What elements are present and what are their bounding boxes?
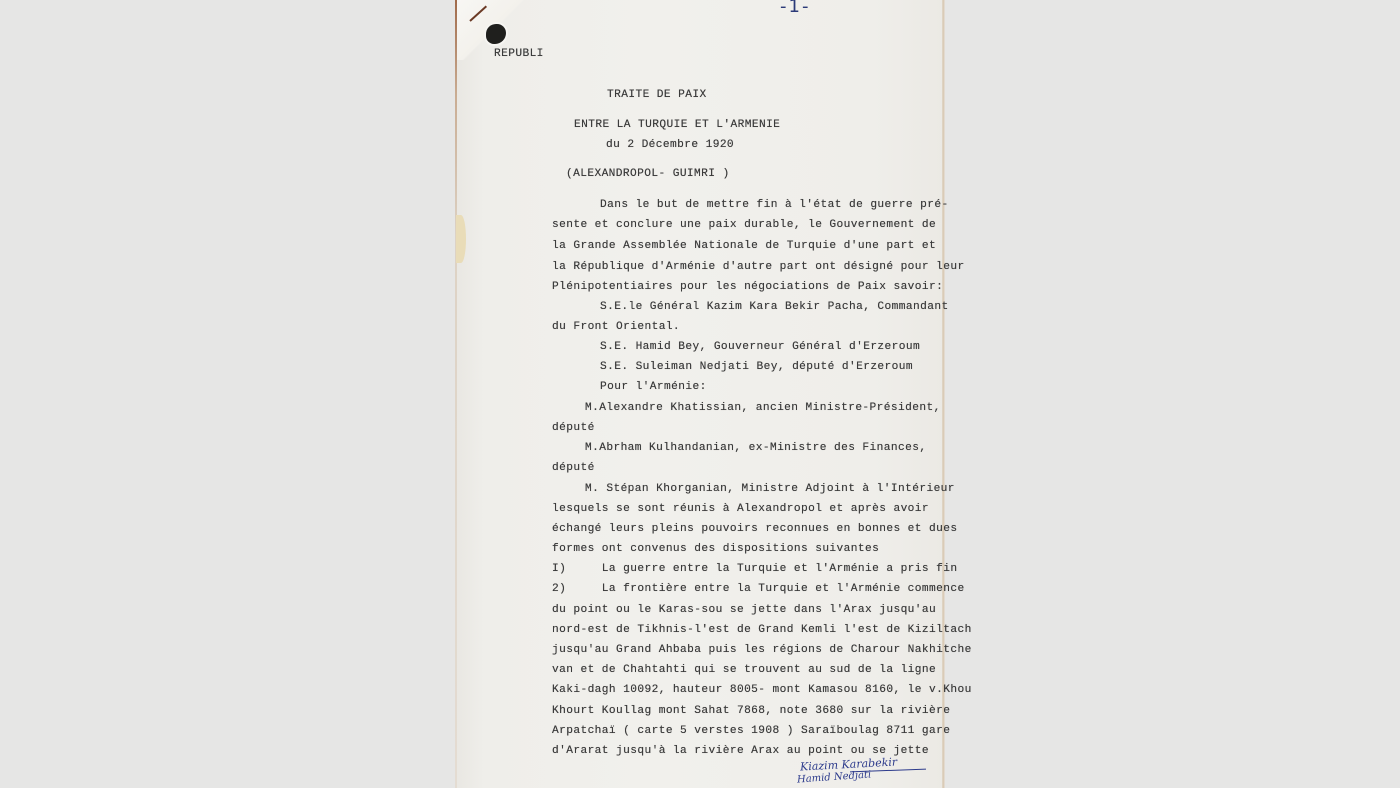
document-date: du 2 Décembre 1920 <box>606 140 734 151</box>
body-line: lesquels se sont réunis à Alexandropol e… <box>552 504 929 515</box>
body-line: d'Ararat jusqu'à la rivière Arax au poin… <box>552 746 929 757</box>
header-fragment: REPUBLI <box>494 49 544 60</box>
body-line: M. Stépan Khorganian, Ministre Adjoint à… <box>585 484 955 495</box>
body-line: S.E. Suleiman Nedjati Bey, député d'Erze… <box>600 362 913 373</box>
document-place: (ALEXANDROPOL- GUIMRI ) <box>566 169 730 180</box>
body-line: sente et conclure une paix durable, le G… <box>552 220 936 231</box>
body-line: député <box>552 463 595 474</box>
body-line: S.E.le Général Kazim Kara Bekir Pacha, C… <box>600 302 949 313</box>
body-line: M.Abrham Kulhandanian, ex-Ministre des F… <box>585 443 926 454</box>
body-line: 2) La frontière entre la Turquie et l'Ar… <box>552 584 965 595</box>
body-line: S.E. Hamid Bey, Gouverneur Général d'Erz… <box>600 342 920 353</box>
body-line: du point ou le Karas-sou se jette dans l… <box>552 605 936 616</box>
body-line: Pour l'Arménie: <box>600 382 707 393</box>
body-line: Dans le but de mettre fin à l'état de gu… <box>600 200 949 211</box>
body-line: Khourt Koullag mont Sahat 7868, note 368… <box>552 706 950 717</box>
paper-stain <box>456 215 466 263</box>
viewer-stage: -1- REPUBLI TRAITE DE PAIX ENTRE LA TURQ… <box>0 0 1400 788</box>
body-line: la Grande Assemblée Nationale de Turquie… <box>552 241 936 252</box>
body-line: M.Alexandre Khatissian, ancien Ministre-… <box>585 403 941 414</box>
body-line: I) La guerre entre la Turquie et l'Armén… <box>552 564 957 575</box>
body-line: du Front Oriental. <box>552 322 680 333</box>
body-line: Kaki-dagh 10092, hauteur 8005- mont Kama… <box>552 685 972 696</box>
page-right-edge <box>942 0 945 788</box>
body-line: Arpatchaï ( carte 5 verstes 1908 ) Saraï… <box>552 726 950 737</box>
body-line: formes ont convenus des dispositions sui… <box>552 544 879 555</box>
document-subtitle: ENTRE LA TURQUIE ET L'ARMENIE <box>574 120 780 131</box>
body-line: député <box>552 423 595 434</box>
page-left-edge <box>455 0 457 788</box>
body-line: van et de Chahtahti qui se trouvent au s… <box>552 665 936 676</box>
body-line: Plénipotentiaires pour les négociations … <box>552 282 943 293</box>
body-line: jusqu'au Grand Ahbaba puis les régions d… <box>552 645 972 656</box>
body-line: la République d'Arménie d'autre part ont… <box>552 262 965 273</box>
page-number-mark: -1- <box>780 0 810 17</box>
document-title: TRAITE DE PAIX <box>607 90 707 101</box>
body-line: nord-est de Tikhnis-l'est de Grand Kemli… <box>552 625 972 636</box>
body-line: échangé leurs pleins pouvoirs reconnues … <box>552 524 957 535</box>
